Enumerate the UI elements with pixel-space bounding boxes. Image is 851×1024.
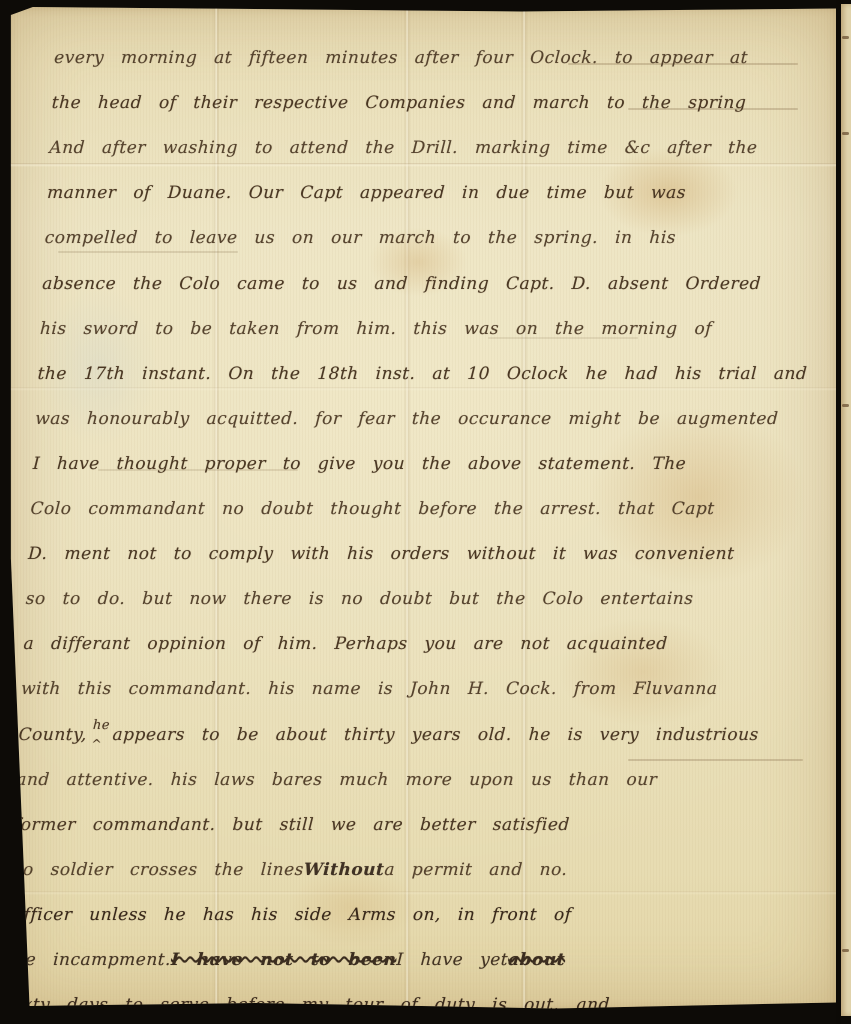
letter-body: every morning at fifteen minutes after f… xyxy=(4,23,838,1015)
letter-line: And after washing to attend the Drill. m… xyxy=(49,113,833,158)
letter-text-segment: absence the Colo came to us and finding … xyxy=(42,274,762,294)
adjacent-page-ink-fragment xyxy=(842,36,849,39)
letter-line: the 17th instant. On the 18th inst. at 1… xyxy=(37,339,821,384)
letter-line: County,^he appears to be about thirty ye… xyxy=(18,699,802,744)
letter-text-segment: appears to be about thirty years old. he… xyxy=(112,725,759,745)
letter-text-segment: Colo commandant no doubt thought before … xyxy=(30,499,715,519)
letter-text-segment: Without xyxy=(303,860,385,880)
letter-text-segment: was honourably acquitted. for fear the o… xyxy=(35,409,779,429)
struck-text: I have not to been xyxy=(171,950,397,970)
letter-text-segment: And after washing to attend the Drill. m… xyxy=(49,138,758,158)
letter-line: manner of Duane. Our Capt appeared in du… xyxy=(47,158,831,203)
letter-line: D. ment not to comply with his orders wi… xyxy=(28,519,812,564)
letter-text-segment: Officer unless he has his side Arms on, … xyxy=(9,905,572,925)
letter-text-segment: compelled to leave us on our march to th… xyxy=(44,228,676,248)
letter-text-segment: with this commandant. his name is John H… xyxy=(21,679,718,699)
letter-text-segment: County, xyxy=(18,725,87,745)
letter-page: every morning at fifteen minutes after f… xyxy=(8,7,836,1010)
letter-line: absence the Colo came to us and finding … xyxy=(42,248,826,293)
letter-line: the incampment. I have not to been I hav… xyxy=(6,925,790,970)
letter-text-segment: the 17th instant. On the 18th inst. at 1… xyxy=(37,364,808,384)
struck-text: about xyxy=(508,950,566,970)
letter-line: so to do. but now there is no doubt but … xyxy=(25,564,809,609)
letter-line: with this commandant. his name is John H… xyxy=(21,654,805,699)
letter-line: every morning at fifteen minutes after f… xyxy=(54,23,838,68)
letter-text-segment: I have thought proper to give you the ab… xyxy=(32,454,686,474)
letter-text-segment: no soldier crosses the lines xyxy=(11,860,304,880)
letter-line: and attentive. his laws bares much more … xyxy=(16,745,800,790)
letter-text-segment: former commandant. but still we are bett… xyxy=(13,815,570,835)
letter-text-segment: his sword to be taken from him. this was… xyxy=(39,319,712,339)
letter-line: a differant oppinion of him. Perhaps you… xyxy=(23,609,807,654)
letter-text-segment: and attentive. his laws bares much more … xyxy=(16,770,658,790)
letter-line: was honourably acquitted. for fear the o… xyxy=(35,384,819,429)
letter-line: the head of their respective Companies a… xyxy=(51,68,835,113)
adjacent-page-ink-fragment xyxy=(842,949,849,952)
letter-text-segment: so to do. but now there is no doubt but … xyxy=(25,589,694,609)
letter-text-segment: he xyxy=(93,718,111,733)
letter-text-segment: the incampment. xyxy=(6,950,171,970)
scan-background: every morning at fifteen minutes after f… xyxy=(0,0,851,1024)
letter-line: former commandant. but still we are bett… xyxy=(13,790,797,835)
letter-text-segment: manner of Duane. Our Capt appeared in du… xyxy=(47,183,687,203)
adjacent-page-ink-fragment xyxy=(842,132,849,135)
letter-text-segment: I have yet xyxy=(396,950,509,970)
letter-text-segment: the head of their respective Companies a… xyxy=(51,93,746,113)
letter-line: Officer unless he has his side Arms on, … xyxy=(9,880,793,925)
letter-text-segment: a permit and no. xyxy=(384,860,568,880)
adjacent-page-ink-fragment xyxy=(842,404,849,407)
letter-line: his sword to be taken from him. this was… xyxy=(39,294,823,339)
letter-line: Colo commandant no doubt thought before … xyxy=(30,474,814,519)
letter-text-segment: D. ment not to comply with his orders wi… xyxy=(28,544,735,564)
letter-text-segment: Sixty days to serve before my tour of du… xyxy=(4,995,610,1015)
letter-line: I have thought proper to give you the ab… xyxy=(32,429,816,474)
letter-text-segment: a differant oppinion of him. Perhaps you… xyxy=(23,634,668,654)
letter-line: Sixty days to serve before my tour of du… xyxy=(4,970,788,1015)
adjacent-page-edge xyxy=(841,4,851,1016)
letter-text-segment: every morning at fifteen minutes after f… xyxy=(54,48,749,68)
letter-line: compelled to leave us on our march to th… xyxy=(44,203,828,248)
letter-line: no soldier crosses the lines Without a p… xyxy=(11,835,795,880)
